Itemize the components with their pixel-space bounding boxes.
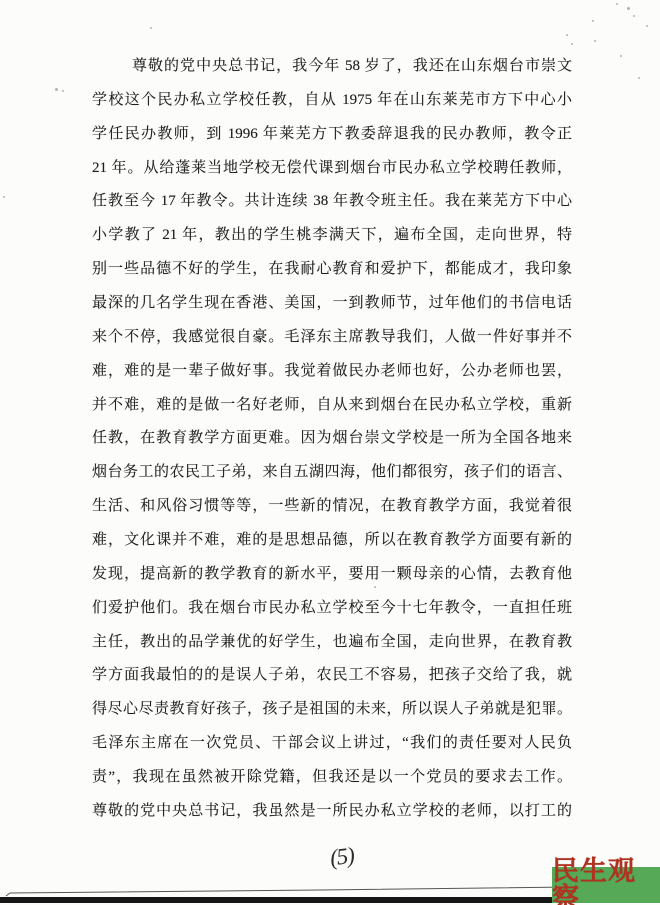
text-line: 任教至今 17 年教令。共计连续 38 年教令班主任。我在莱芜方下中心 [92,185,572,219]
text-line: 毛泽东主席在一次党员、干部会议上讲过，“我们的责任要对人民负 [92,727,572,761]
watermark-text: 民生观察 [552,858,660,905]
text-line: 们爱护他们。我在烟台市民办私立学校至今十七年教令，一直担任班 [92,592,572,626]
text-line: 生活、和风俗习惯等等，一些新的情况，在教育教学方面，我觉着很 [92,490,572,524]
text-line: 学任民办教师，到 1996 年莱芜方下教委辞退我的民办教师，教令正 [92,118,572,152]
text-line: 烟台务工的农民工子弟，来自五湖四海，他们都很穷，孩子们的语言、 [92,456,572,490]
text-line: 难，难的是一辈子做好事。我觉着做民办老师也好，公办老师也罢， [92,355,572,389]
watermark-badge: 民生观察 [552,867,660,903]
text-line: 责”，我现在虽然被开除党籍，但我还是以一个党员的要求去工作。 [92,761,572,795]
text-line: 学校这个民办私立学校任教，自从 1975 年在山东莱芜市方下中心小 [92,84,572,118]
text-line: 21 年。从给蓬莱当地学校无偿代课到烟台市民办私立学校聘任教师， [92,152,572,186]
text-line: 小学教了 21 年，教出的学生桃李满天下，遍布全国，走向世界，特 [92,219,572,253]
text-line: 难，文化课并不难，难的是思想品德，所以在教育教学方面要有新的 [92,524,572,558]
text-line: 主任，教出的品学兼优的好学生，也遍布全国，走向世界，在教育教 [92,626,572,660]
text-line: 尊敬的党中央总书记，我今年 58 岁了，我还在山东烟台市崇文 [92,50,572,84]
text-line: 来个不停，我感觉很自豪。毛泽东主席教导我们，人做一件好事并不 [92,321,572,355]
document-body: 尊敬的党中央总书记，我今年 58 岁了，我还在山东烟台市崇文学校这个民办私立学校… [92,50,572,829]
text-line: 并不难，难的是做一名好老师，自从来到烟台在民办私立学校，重新 [92,389,572,423]
page-number: (5) [329,843,356,872]
text-line: 得尽心尽责教育好孩子，孩子是祖国的未来，所以误人子弟就是犯罪。 [92,693,572,727]
text-line: 别一些品德不好的学生，在我耐心教育和爱护下，都能成才，我印象 [92,253,572,287]
text-line: 发现，提高新的教学教育的新水平，要用一颗母亲的心情，去教育他 [92,558,572,592]
text-line: 任教，在教育教学方面更难。因为烟台崇文学校是一所为全国各地来 [92,422,572,456]
scanned-page: 尊敬的党中央总书记，我今年 58 岁了，我还在山东烟台市崇文学校这个民办私立学校… [0,0,660,905]
text-line: 尊敬的党中央总书记，我虽然是一所民办私立学校的老师，以打工的 [92,795,572,829]
text-line: 最深的几名学生现在香港、美国，一到教师节，过年他们的书信电话 [92,287,572,321]
text-line: 学方面我最怕的的是误人子弟，农民工不容易，把孩子交给了我，就 [92,659,572,693]
